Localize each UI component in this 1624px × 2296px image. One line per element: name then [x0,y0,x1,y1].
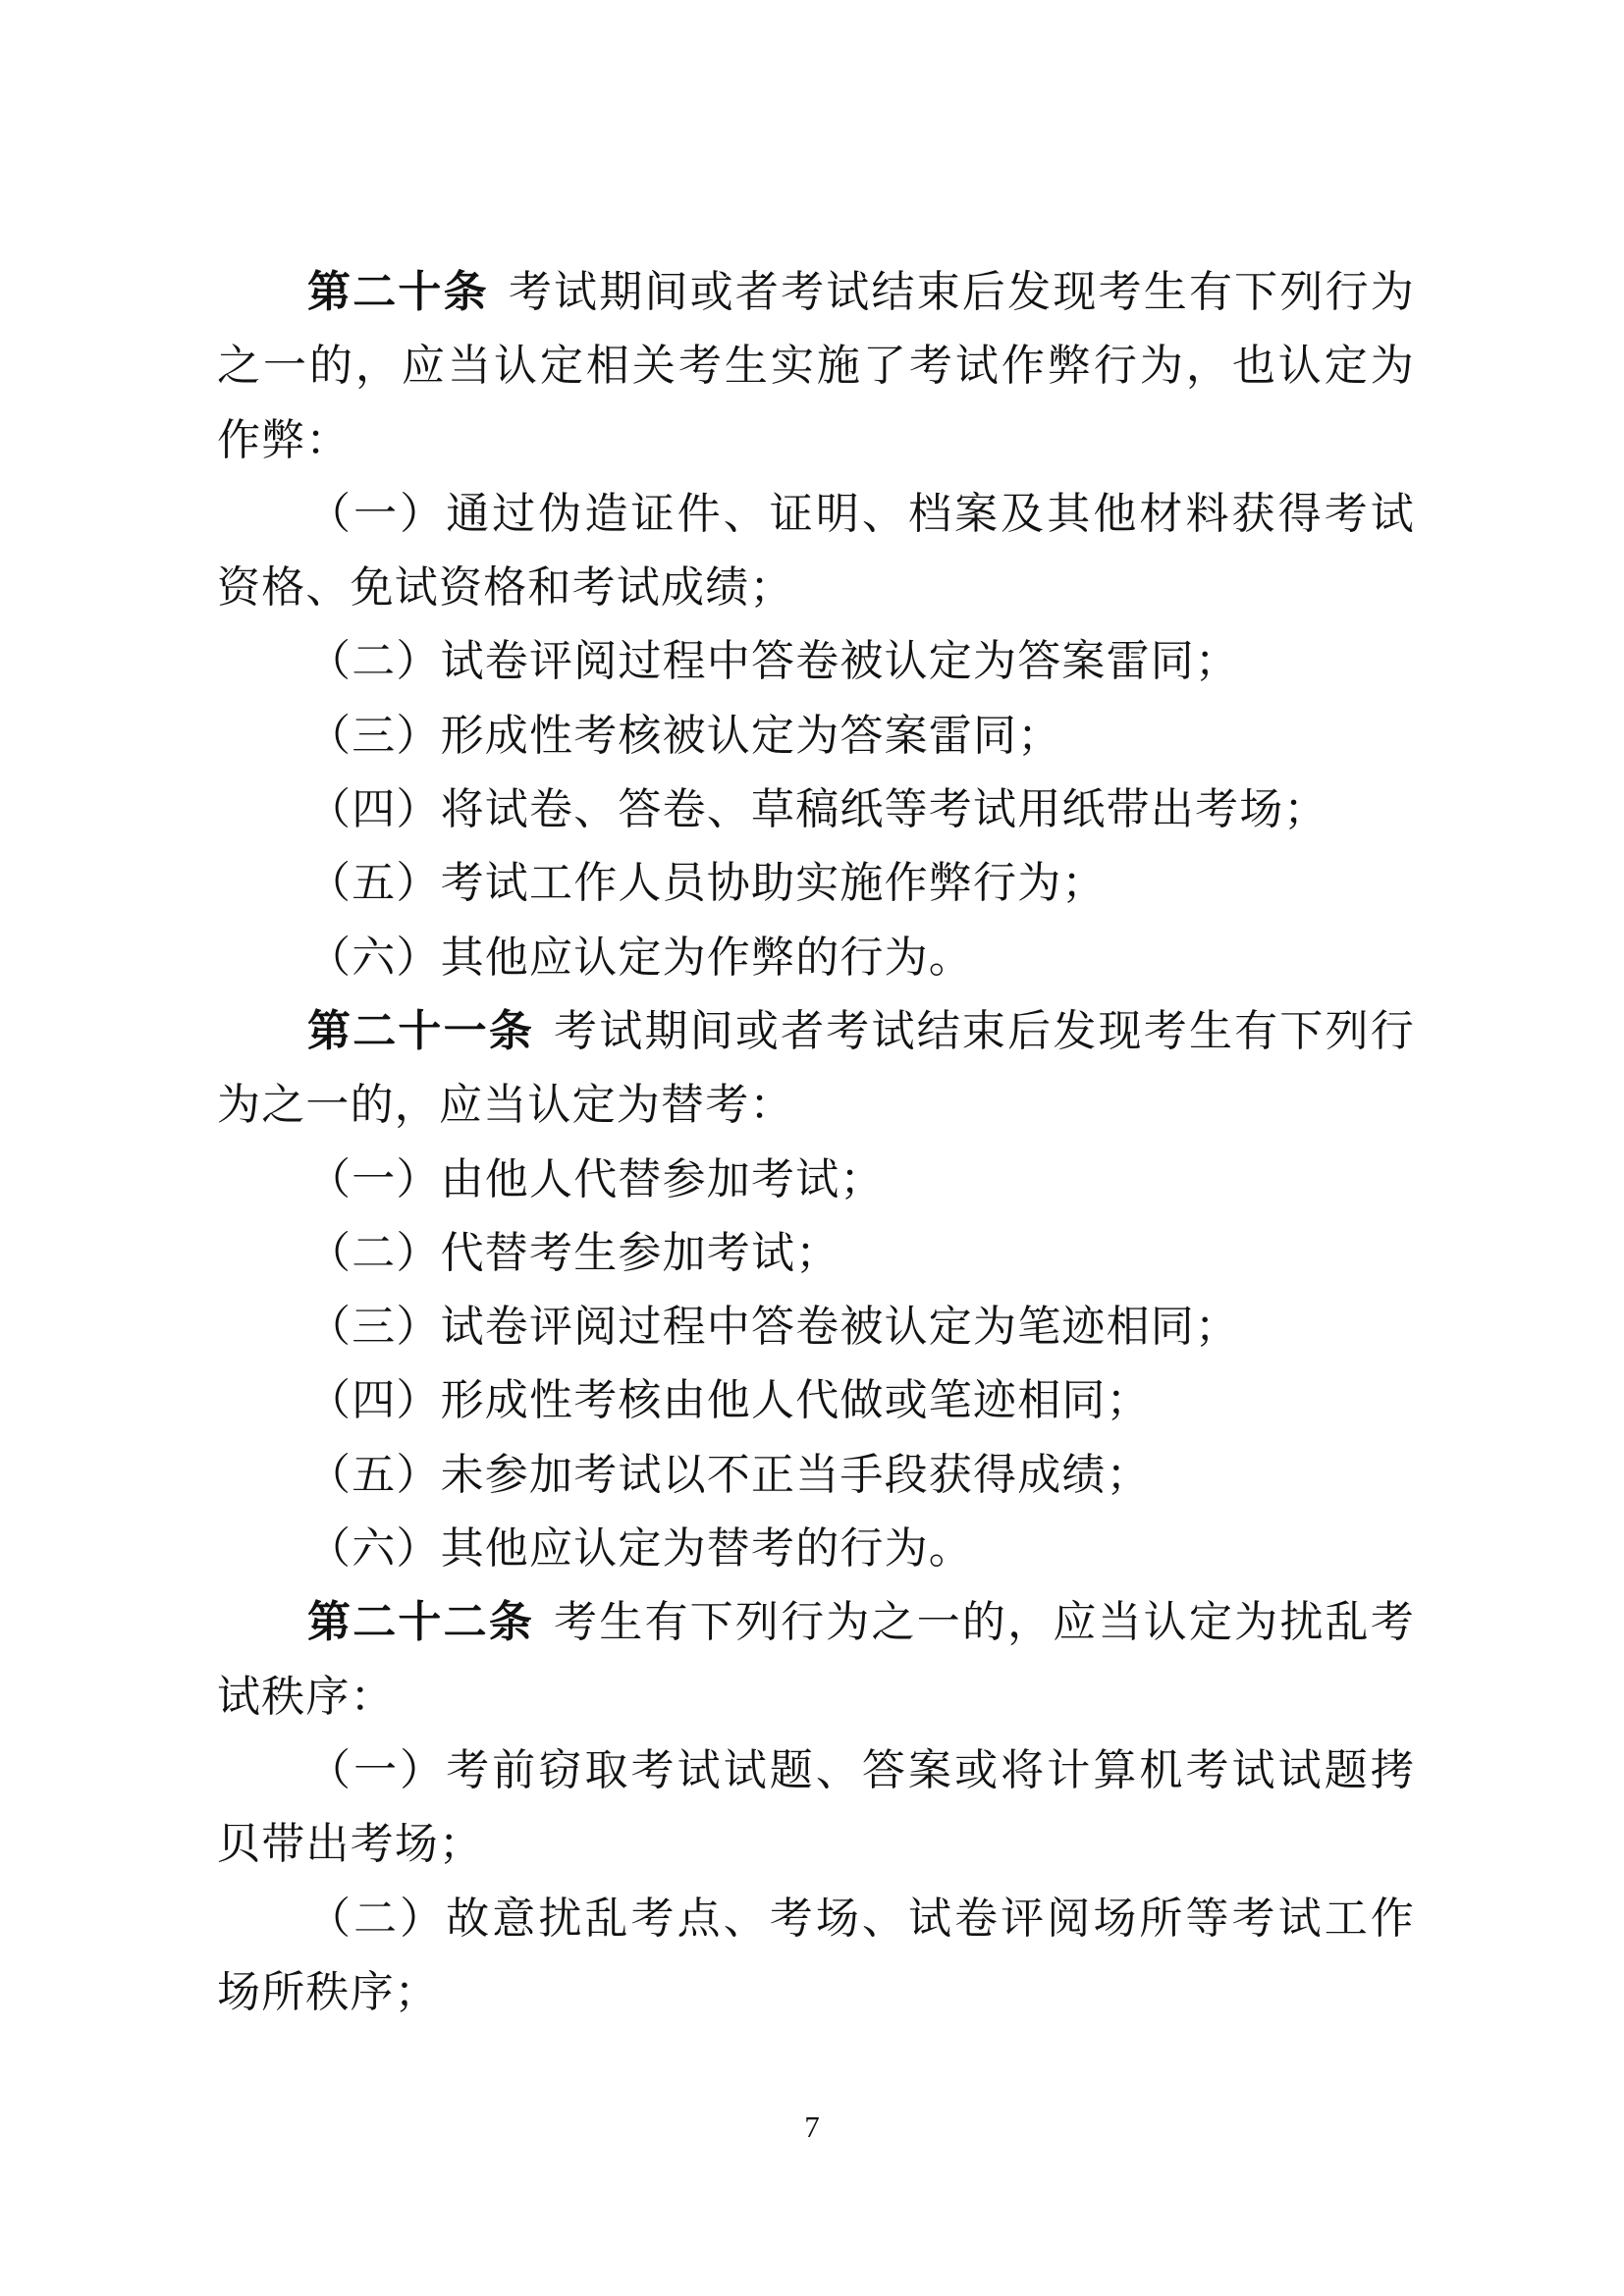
list-item: （二）故意扰乱考点、考场、试卷评阅场所等考试工作场所秩序； [217,1882,1415,2030]
document-body: 第二十条考试期间或者考试结束后发现考生有下列行为之一的，应当认定相关考生实施了考… [217,255,1415,2029]
list-item-text: （四）将试卷、答卷、草稿纸等考试用纸带出考场； [307,785,1328,833]
list-item: （四）将试卷、答卷、草稿纸等考试用纸带出考场； [217,773,1415,846]
list-item: （二）代替考生参加考试； [217,1216,1415,1290]
list-item: （一）通过伪造证件、证明、档案及其他材料获得考试资格、免试资格和考试成绩； [217,477,1415,625]
list-item: （六）其他应认定为替考的行为。 [217,1512,1415,1585]
list-item-text: （三）形成性考核被认定为答案雷同； [307,712,1061,760]
list-item: （三）形成性考核被认定为答案雷同； [217,699,1415,773]
list-item-text: （二）代替考生参加考试； [307,1229,839,1277]
list-item: （一）考前窃取考试试题、答案或将计算机考试试题拷贝带出考场； [217,1734,1415,1882]
article-number-heading: 第二十二条 [307,1598,534,1646]
article-number-heading: 第二十一条 [307,1007,534,1055]
list-item: （五）考试工作人员协助实施作弊行为； [217,846,1415,920]
list-item-text: （一）由他人代替参加考试； [307,1155,885,1203]
list-item: （四）形成性考核由他人代做或笔迹相同； [217,1363,1415,1437]
list-item: （三）试卷评阅过程中答卷被认定为笔迹相同； [217,1290,1415,1363]
document-page: 第二十条考试期间或者考试结束后发现考生有下列行为之一的，应当认定相关考生实施了考… [0,0,1624,2296]
article-paragraph: 第二十二条考生有下列行为之一的，应当认定为扰乱考试秩序： [217,1585,1415,1734]
list-item: （一）由他人代替参加考试； [217,1143,1415,1216]
list-item: （五）未参加考试以不正当手段获得成绩； [217,1438,1415,1512]
list-item-text: （四）形成性考核由他人代做或笔迹相同； [307,1376,1151,1424]
list-item-text: （一）通过伪造证件、证明、档案及其他材料获得考试资格、免试资格和考试成绩； [217,490,1415,612]
list-item-text: （五）未参加考试以不正当手段获得成绩； [307,1451,1151,1499]
article-paragraph: 第二十条考试期间或者考试结束后发现考生有下列行为之一的，应当认定相关考生实施了考… [217,255,1415,477]
article-paragraph: 第二十一条考试期间或者考试结束后发现考生有下列行为之一的，应当认定为替考： [217,994,1415,1143]
list-item-text: （五）考试工作人员协助实施作弊行为； [307,859,1107,907]
list-item: （二）试卷评阅过程中答卷被认定为答案雷同； [217,624,1415,698]
list-item-text: （一）考前窃取考试试题、答案或将计算机考试试题拷贝带出考场； [217,1746,1415,1868]
list-item: （六）其他应认定为作弊的行为。 [217,921,1415,994]
article-number-heading: 第二十条 [307,268,489,316]
list-item-text: （二）试卷评阅过程中答卷被认定为答案雷同； [307,637,1239,685]
page-number: 7 [0,2110,1624,2144]
list-item-text: （二）故意扰乱考点、考场、试卷评阅场所等考试工作场所秩序； [217,1895,1415,2016]
list-item-text: （六）其他应认定为替考的行为。 [307,1524,973,1573]
list-item-text: （三）试卷评阅过程中答卷被认定为笔迹相同； [307,1303,1239,1351]
list-item-text: （六）其他应认定为作弊的行为。 [307,934,973,982]
